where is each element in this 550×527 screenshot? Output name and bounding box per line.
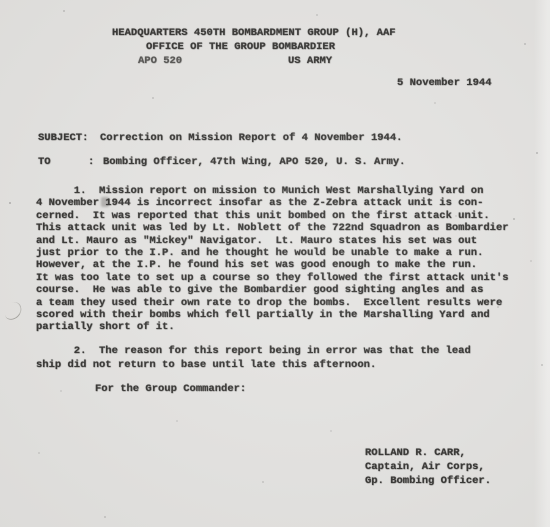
header-army: US ARMY <box>288 55 332 67</box>
subject-text: Correction on Mission Report of 4 Novemb… <box>100 132 402 144</box>
pencil-mark <box>3 299 23 322</box>
header-line2: OFFICE OF THE GROUP BOMBARDIER <box>146 41 335 53</box>
header-apo: APO 520 <box>138 55 182 67</box>
subject-label: SUBJECT: <box>38 132 88 144</box>
paper-speckles <box>0 0 2 2</box>
signature-rank: Captain, Air Corps, <box>365 460 485 474</box>
date-line: 5 November 1944 <box>397 77 492 89</box>
closing-line: For the Group Commander: <box>95 383 246 395</box>
signature-title: Gp. Bombing Officer. <box>365 474 491 488</box>
to-colon: : <box>88 156 94 168</box>
scanned-memo-page: HEADQUARTERS 450TH BOMBARDMENT GROUP (H)… <box>0 0 550 527</box>
body-paragraph-2: 2. The reason for this report being in e… <box>36 345 471 372</box>
to-text: Bombing Officer, 47th Wing, APO 520, U. … <box>103 156 405 168</box>
body-paragraph-1: 1. Mission report on mission to Munich W… <box>36 185 509 334</box>
to-label: TO <box>38 156 51 168</box>
header-line1: HEADQUARTERS 450TH BOMBARDMENT GROUP (H)… <box>112 27 396 39</box>
signature-name: ROLLAND R. CARR, <box>365 446 466 460</box>
